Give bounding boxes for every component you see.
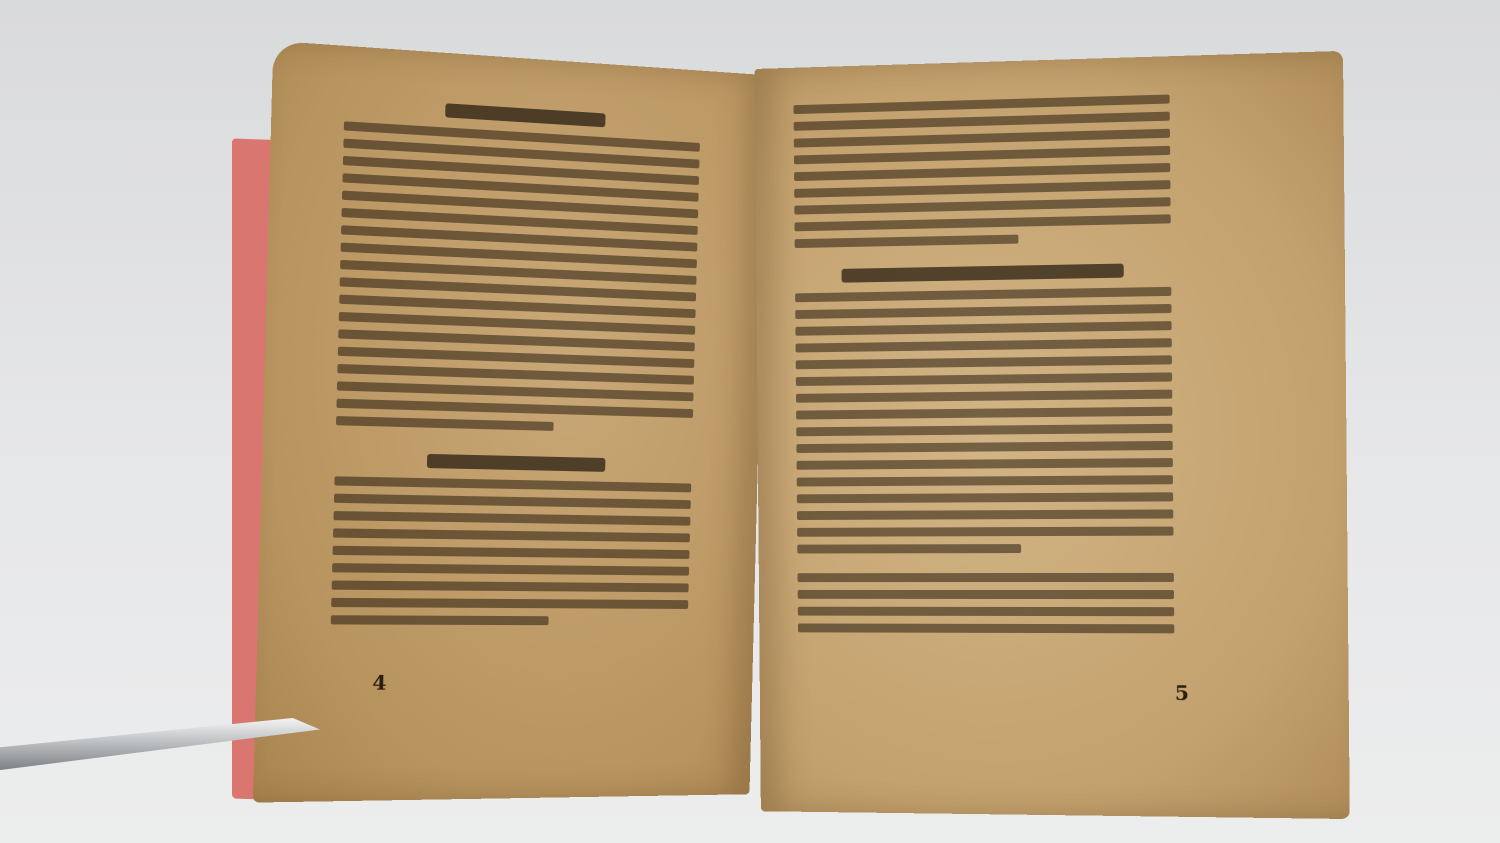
right-text-placeholder — [793, 86, 1174, 641]
right-page: 5 — [755, 51, 1350, 819]
page-number-right: 5 — [1175, 681, 1189, 705]
page-number-left: 4 — [372, 670, 387, 694]
left-text-placeholder — [330, 87, 700, 634]
left-page: 4 — [253, 41, 768, 803]
